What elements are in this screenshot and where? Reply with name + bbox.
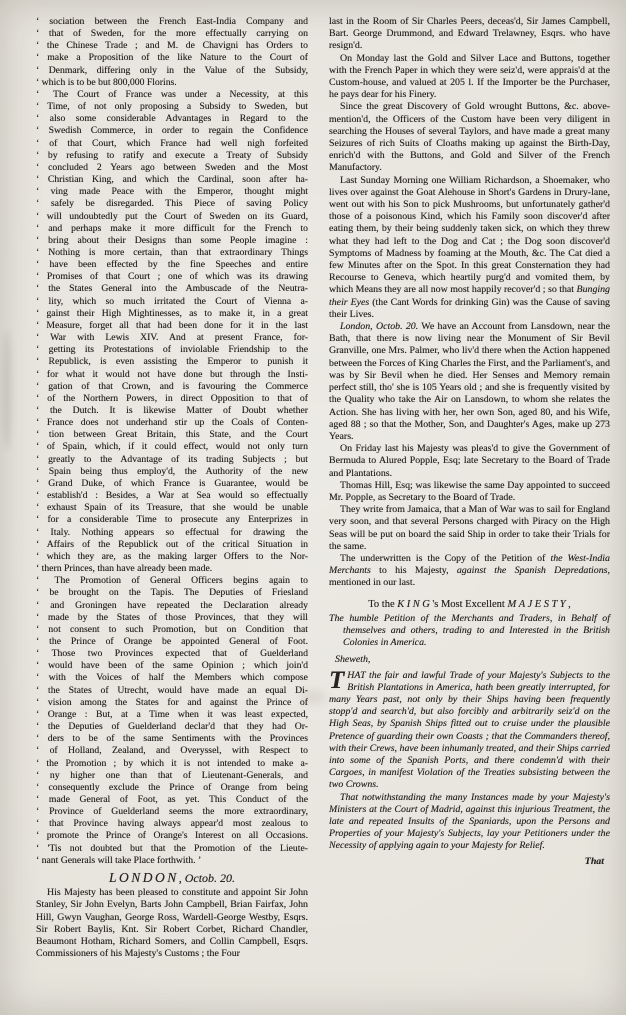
left-paragraph: His Majesty has been pleased to constitu…	[36, 887, 308, 960]
quoted-line: ‘ and Groningen have repeated the Declar…	[36, 600, 308, 612]
quoted-line: ‘ tion between Great Britain, this State…	[36, 429, 308, 441]
right-paragraph: They write from Jamaica, that a Man of W…	[329, 504, 610, 553]
text-run: last in the Room of Sir Charles Peers, d…	[329, 16, 610, 51]
text-run: We have an Account from Lansdown, near t…	[329, 321, 610, 442]
scan-blemish	[2, 330, 12, 450]
quoted-line: ‘ promote the Prince of Orange's Interes…	[36, 830, 308, 842]
quoted-line: ‘ ving made Peace with the Emperor, thou…	[36, 186, 308, 198]
right-paragraph: That notwithstanding the many Instances …	[329, 792, 610, 853]
quoted-line: ‘ ny higher one than that of Lieutenant-…	[36, 770, 308, 782]
quoted-line: ‘ for what it would not have done but th…	[36, 369, 308, 381]
text-run: Thomas Hill, Esq; was likewise the same …	[329, 480, 610, 503]
quoted-line: ‘ bring about their Designs than some Pe…	[36, 235, 308, 247]
quoted-line: ‘ exhaust Spain of its Treasure, that sh…	[36, 502, 308, 514]
newspaper-page: ‘ sociation between the French East-Indi…	[0, 0, 626, 1015]
text-run: ,	[568, 599, 571, 610]
quoted-line: ‘ Orange : But, at a Time when it was le…	[36, 709, 308, 721]
quoted-line: ‘ Swedish Commerce, in order to regain t…	[36, 125, 308, 137]
text-run: LONDON	[109, 870, 179, 885]
quoted-line: ‘ thern Princes, than have already been …	[36, 563, 308, 575]
right-paragraph: The humble Petition of the Merchants and…	[329, 613, 610, 650]
quoted-line: ‘ Republick, is even assisting the Emper…	[36, 356, 308, 368]
news-and-petition-block: last in the Room of Sir Charles Peers, d…	[329, 16, 610, 868]
quoted-line: ‘ Those two Provinces expected that of G…	[36, 648, 308, 660]
text-run: The humble Petition of the Merchants and…	[329, 613, 610, 648]
quoted-line: ‘ that of Sweden, for the more effectual…	[36, 28, 308, 40]
right-paragraph: That	[329, 856, 610, 868]
text-run: (the Cant Words for drinking Gin) was th…	[329, 297, 610, 320]
text-run: To the	[368, 599, 397, 610]
right-column: last in the Room of Sir Charles Peers, d…	[329, 16, 610, 960]
quoted-line: ‘ The Promotion of General Officers begi…	[36, 575, 308, 587]
quoted-line: ‘ Italy. Nothing appears so effectual fo…	[36, 527, 308, 539]
text-run: MAJESTY	[507, 599, 568, 610]
text-run: On Friday last his Majesty was pleas'd t…	[329, 443, 610, 478]
quoted-line: ‘ Spain being thus employ'd, the Authori…	[36, 466, 308, 478]
right-paragraph: Since the great Discovery of Gold wrough…	[329, 101, 610, 174]
text-run: Since the great Discovery of Gold wrough…	[329, 101, 610, 173]
quoted-line: ‘ Time, of not only proposing a Subsidy …	[36, 101, 308, 113]
right-paragraph: Thomas Hill, Esq; was likewise the same …	[329, 480, 610, 504]
quoted-line: ‘ sociation between the French East-Indi…	[36, 16, 308, 28]
quoted-line: ‘ made by the States of those Provinces,…	[36, 612, 308, 624]
quoted-line: ‘ ders to be of the same Sentiments with…	[36, 733, 308, 745]
quoted-line: ‘ nant Generals will take Place forthwit…	[36, 855, 308, 867]
quoted-line: ‘ War with Lewis XIV. And at present Fra…	[36, 332, 308, 344]
quoted-line: ‘ Affairs of the Republick out of the cr…	[36, 539, 308, 551]
text-run: Octob. 20.	[185, 871, 235, 885]
quoted-line: ‘ Measure, forget all that had been done…	[36, 320, 308, 332]
quoted-line: ‘ have been effected by the fine Speeche…	[36, 259, 308, 271]
quoted-line: ‘ 'Tis not doubted but that the Promotio…	[36, 843, 308, 855]
quoted-line: ‘ Christian King, and which the Cardinal…	[36, 174, 308, 186]
right-paragraph: On Monday last the Gold and Silver Lace …	[329, 53, 610, 102]
quoted-line: ‘ the States General into the Ambuscade …	[36, 283, 308, 295]
quoted-line: ‘ make a Proposition of the like Nature …	[36, 52, 308, 64]
quoted-line: ‘ be brought on the Tapis. The Deputies …	[36, 587, 308, 599]
quoted-line: ‘ gation of that Crown, and is favouring…	[36, 381, 308, 393]
text-run: to his Majesty,	[371, 565, 457, 576]
quoted-line: ‘ establish'd : Besides, a War at Sea wo…	[36, 490, 308, 502]
quoted-line: ‘ of that Court, which France had well n…	[36, 138, 308, 150]
quoted-line: ‘ of Holland, Zealand, and Overyssel, wi…	[36, 745, 308, 757]
right-paragraph: The underwritten is the Copy of the Peti…	[329, 553, 610, 590]
right-paragraph: To the KING's Most Excellent MAJESTY,	[329, 599, 610, 611]
drop-cap: T	[329, 670, 344, 691]
right-paragraph: Last Sunday Morning one William Richards…	[329, 175, 610, 321]
quoted-line: ‘ vision among the States for and agains…	[36, 697, 308, 709]
right-paragraph: last in the Room of Sir Charles Peers, d…	[329, 16, 610, 53]
quoted-line: ‘ consequently exclude the Prince of Ora…	[36, 782, 308, 794]
quoted-line: ‘ Nothing is more certain, than that ext…	[36, 247, 308, 259]
right-paragraph: THAT the fair and lawful Trade of your M…	[329, 670, 610, 792]
left-column: ‘ sociation between the French East-Indi…	[36, 16, 308, 960]
quoted-line: ‘ of Spain, which, if it could effect, w…	[36, 441, 308, 453]
text-run: 's Most Excellent	[432, 599, 507, 610]
text-run: against the Spanish Depredations	[457, 565, 608, 576]
quoted-line: ‘ for a considerable Time to prosecute a…	[36, 514, 308, 526]
london-news-block: LONDON, Octob. 20. His Majesty has been …	[36, 872, 308, 960]
quoted-line: ‘ The Court of France was under a Necess…	[36, 89, 308, 101]
quoted-line: ‘ safely be disregarded. This Piece of s…	[36, 198, 308, 210]
quoted-line: ‘ Denmark, differing only in the Value o…	[36, 65, 308, 77]
quoted-line: ‘ and perhaps make it more difficult for…	[36, 223, 308, 235]
quoted-line: ‘ by refusing to ratify and execute a Tr…	[36, 150, 308, 162]
quoted-line: ‘ will undoubtedly put the Court of Swed…	[36, 211, 308, 223]
text-run: They write from Jamaica, that a Man of W…	[329, 504, 610, 552]
quoted-line: ‘ Promises of that Court ; one of which …	[36, 271, 308, 283]
right-paragraph: London, Octob. 20. We have an Account fr…	[329, 321, 610, 443]
quoted-line: ‘ with the Voices of half the Members wh…	[36, 672, 308, 684]
quoted-line: ‘ which they are, as the making larger O…	[36, 551, 308, 563]
right-paragraph: Sheweth,	[329, 654, 610, 666]
quoted-line: ‘ the Chinese Trade ; and M. de Chavigni…	[36, 40, 308, 52]
quoted-line: ‘ concluded 2 Years ago between Sweden a…	[36, 162, 308, 174]
quoted-line: ‘ Grand Duke, of which France is Guarant…	[36, 478, 308, 490]
quoted-line: ‘ the Promotion ; by which it is not int…	[36, 758, 308, 770]
quoted-line: ‘ that Province having always appear'd m…	[36, 818, 308, 830]
quoted-line: ‘ which is to be but 800,000 Florins.	[36, 77, 308, 89]
text-run: KING	[397, 599, 432, 610]
quoted-line: ‘ the Deputies of Guelderland declar'd t…	[36, 721, 308, 733]
quoted-letter-block: ‘ sociation between the French East-Indi…	[36, 16, 308, 867]
quoted-line: ‘ Province of Guelderland seems the more…	[36, 806, 308, 818]
text-run: Last Sunday Morning one William Richards…	[329, 175, 610, 296]
quoted-line: ‘ France does not underhand stir up the …	[36, 417, 308, 429]
quoted-line: ‘ of the Northern Powers, in direct Oppo…	[36, 393, 308, 405]
right-paragraph: On Friday last his Majesty was pleas'd t…	[329, 443, 610, 480]
text-run: HAT the fair and lawful Trade of your Ma…	[329, 670, 610, 791]
text-run: His Majesty has been pleased to constitu…	[36, 887, 308, 959]
text-run: Sheweth,	[335, 654, 370, 665]
left-paragraph: LONDON, Octob. 20.	[36, 872, 308, 884]
quoted-line: ‘ the Dutch. It is likewise Matter of Do…	[36, 405, 308, 417]
quoted-line: ‘ gainst their High Mightinesses, as to …	[36, 308, 308, 320]
quoted-line: ‘ also some considerable Advantages in R…	[36, 113, 308, 125]
text-run: That	[585, 856, 604, 867]
quoted-line: ‘ lity, which so much irritated the Cour…	[36, 296, 308, 308]
quoted-line: ‘ not consent to such Promotion, but on …	[36, 624, 308, 636]
text-run: The underwritten is the Copy of the Peti…	[340, 553, 550, 564]
quoted-line: ‘ the States of Utrecht, would have made…	[36, 685, 308, 697]
text-run: That notwithstanding the many Instances …	[329, 792, 610, 852]
quoted-line: ‘ the Prince of Orange be appointed Gene…	[36, 636, 308, 648]
text-run: London, Octob. 20.	[340, 321, 418, 332]
text-run: On Monday last the Gold and Silver Lace …	[329, 53, 610, 101]
quoted-line: ‘ greatly to the Advantage of its tradin…	[36, 454, 308, 466]
quoted-line: ‘ made General of Foot, as yet. This Con…	[36, 794, 308, 806]
quoted-line: ‘ getting its Protestations of inviolabl…	[36, 344, 308, 356]
quoted-line: ‘ would have been of the same Opinion ; …	[36, 660, 308, 672]
text-columns: ‘ sociation between the French East-Indi…	[36, 16, 610, 960]
